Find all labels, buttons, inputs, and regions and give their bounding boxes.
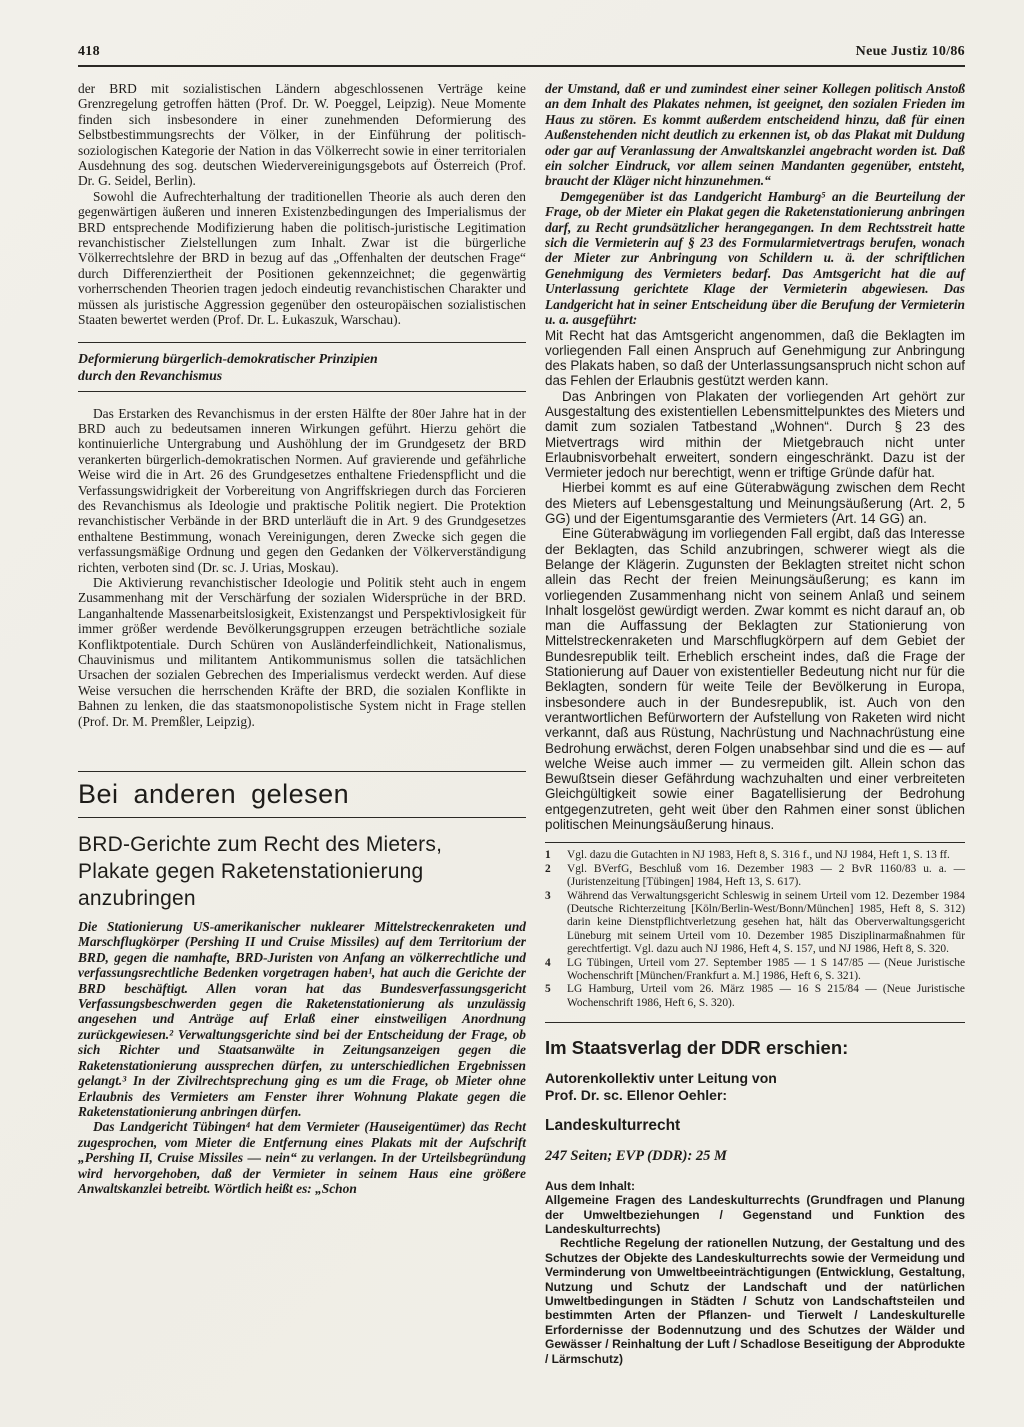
footnote-item: 4 LG Tübingen, Urteil vom 27. September … bbox=[545, 957, 965, 984]
article-title: BRD-Gerichte zum Recht des Mieters, Plak… bbox=[78, 831, 526, 912]
rubric-rule-bottom bbox=[78, 817, 526, 818]
page-number: 418 bbox=[78, 44, 100, 60]
book-price: 247 Seiten; EVP (DDR): 25 M bbox=[545, 1148, 965, 1165]
article-title-line1: BRD-Gerichte zum Recht des Mieters, bbox=[78, 831, 526, 858]
right-column: der Umstand, daß er und zumindest einer … bbox=[545, 81, 965, 1366]
quote-paragraph: Demgegenüber ist das Landgericht Hamburg… bbox=[545, 189, 965, 328]
footnote-rule bbox=[545, 842, 965, 843]
section-heading-line2: durch den Revanchismus bbox=[78, 367, 526, 384]
article-intro-paragraph: Die Stationierung US-amerikanischer nukl… bbox=[78, 919, 526, 1119]
continuation-paragraph: der BRD mit sozialistischen Ländern abge… bbox=[78, 81, 526, 189]
judgment-paragraph: Mit Recht hat das Amtsgericht angenommen… bbox=[545, 328, 965, 389]
publisher-author-line2: Prof. Dr. sc. Ellenor Oehler: bbox=[545, 1087, 965, 1104]
page-header: 418 Neue Justiz 10/86 bbox=[78, 44, 965, 60]
footnote-number: 3 bbox=[545, 890, 558, 957]
rubric-title: Bei anderen gelesen bbox=[78, 772, 526, 817]
section-heading: Deformierung bürgerlich-demokratischer P… bbox=[78, 350, 526, 384]
footnote-text: Vgl. dazu die Gutachten in NJ 1983, Heft… bbox=[558, 849, 965, 862]
quote-continuation-paragraph: der Umstand, daß er und zumindest einer … bbox=[545, 81, 965, 189]
footnotes: 1 Vgl. dazu die Gutachten in NJ 1983, He… bbox=[545, 842, 965, 1010]
publisher-rule bbox=[545, 1022, 965, 1023]
publisher-heading: Im Staatsverlag der DDR erschien: bbox=[545, 1037, 965, 1059]
contents-label: Aus dem Inhalt: bbox=[545, 1179, 965, 1193]
publisher-author-line1: Autorenkollektiv unter Leitung von bbox=[545, 1070, 965, 1087]
article-intro-paragraph: Das Landgericht Tübingen⁴ hat dem Vermie… bbox=[78, 1119, 526, 1196]
footnote-item: 1 Vgl. dazu die Gutachten in NJ 1983, He… bbox=[545, 849, 965, 862]
judgment-paragraph: Hierbei kommt es auf eine Güterabwägung … bbox=[545, 480, 965, 526]
contents-paragraph: Rechtliche Regelung der rationellen Nutz… bbox=[545, 1236, 965, 1366]
judgment-paragraph: Eine Güterabwägung im vorliegenden Fall … bbox=[545, 526, 965, 832]
footnote-text: LG Tübingen, Urteil vom 27. September 19… bbox=[558, 957, 965, 984]
footnote-item: 5 LG Hamburg, Urteil vom 26. März 1985 —… bbox=[545, 983, 965, 1010]
columns: der BRD mit sozialistischen Ländern abge… bbox=[78, 81, 965, 1366]
body-paragraph: Das Erstarken des Revanchismus in der er… bbox=[78, 406, 526, 575]
page-content: 418 Neue Justiz 10/86 der BRD mit sozial… bbox=[78, 44, 965, 1366]
judgment-paragraph: Das Anbringen von Plakaten der vorliegen… bbox=[545, 389, 965, 481]
section-rule-bottom bbox=[78, 391, 526, 392]
rubric-box: Bei anderen gelesen bbox=[78, 771, 526, 818]
footnote-item: 2 Vgl. BVerfG, Beschluß vom 16. Dezember… bbox=[545, 863, 965, 890]
footnote-number: 5 bbox=[545, 983, 558, 1010]
footnote-item: 3 Während das Verwaltungsgericht Schlesw… bbox=[545, 890, 965, 957]
section-rule-top bbox=[78, 342, 526, 343]
book-title: Landeskulturrecht bbox=[545, 1117, 965, 1135]
section-heading-line1: Deformierung bürgerlich-demokratischer P… bbox=[78, 350, 526, 367]
journal-page: 418 Neue Justiz 10/86 der BRD mit sozial… bbox=[0, 0, 1024, 1427]
footnote-number: 2 bbox=[545, 863, 558, 890]
left-column: der BRD mit sozialistischen Ländern abge… bbox=[78, 81, 526, 1366]
footnote-text: Vgl. BVerfG, Beschluß vom 16. Dezember 1… bbox=[558, 863, 965, 890]
header-rule bbox=[78, 65, 965, 67]
body-paragraph: Die Aktivierung revanchistischer Ideolog… bbox=[78, 575, 526, 729]
footnote-number: 1 bbox=[545, 849, 558, 862]
journal-title: Neue Justiz 10/86 bbox=[856, 44, 965, 60]
publisher-section: Im Staatsverlag der DDR erschien: Autore… bbox=[545, 1037, 965, 1366]
article-title-line2: Plakate gegen Raketenstationierung anzub… bbox=[78, 858, 526, 912]
footnote-number: 4 bbox=[545, 957, 558, 984]
contents-paragraph: Allgemeine Fragen des Landeskulturrechts… bbox=[545, 1193, 965, 1236]
body-paragraph: Sowohl die Aufrechterhaltung der traditi… bbox=[78, 189, 526, 328]
footnote-text: LG Hamburg, Urteil vom 26. März 1985 — 1… bbox=[558, 983, 965, 1010]
footnote-text: Während das Verwaltungsgericht Schleswig… bbox=[558, 890, 965, 957]
